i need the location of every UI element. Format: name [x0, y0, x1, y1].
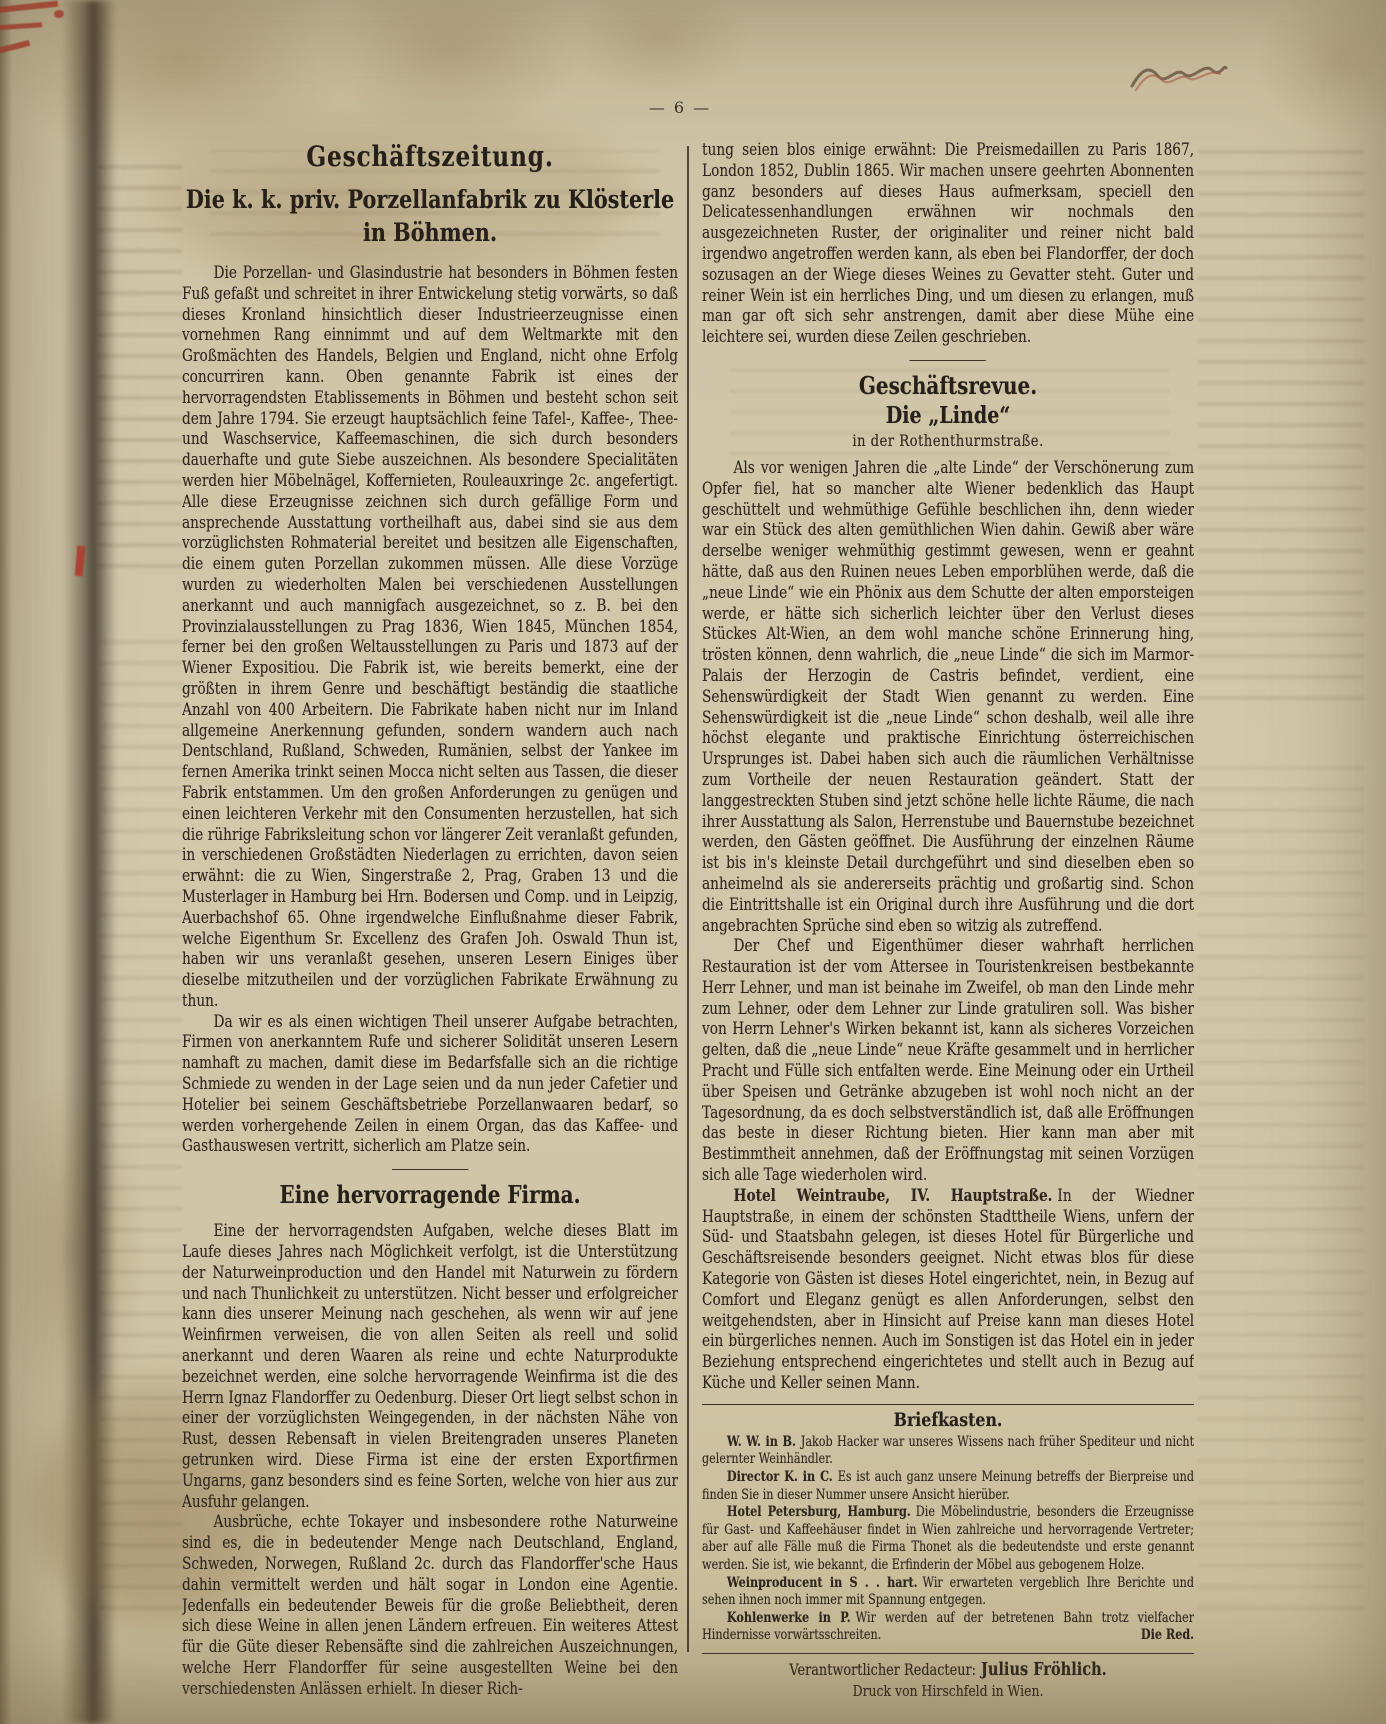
page-left-edge [0, 0, 12, 1724]
showthrough-ghost-text [1198, 760, 1364, 1620]
briefkasten-item-lead: Hotel Petersburg, Hamburg. [727, 1504, 911, 1520]
section-divider [910, 360, 986, 361]
briefkasten-divider [702, 1404, 1194, 1405]
article2-paragraph: Eine der hervorragendsten Aufgaben, welc… [182, 1221, 678, 1512]
briefkasten-item-lead: W. W. in B. [727, 1434, 796, 1450]
pencil-squiggle-mark [1128, 50, 1228, 96]
imprint-editor-label: Verantwortlicher Redacteur: [789, 1661, 976, 1679]
imprint-editor-name: Julius Fröhlich. [981, 1660, 1107, 1680]
briefkasten-item: W. W. in B.Jakob Hacker war unseres Wiss… [702, 1434, 1194, 1469]
footer-divider [702, 1653, 1194, 1654]
article1-title: Die k. k. priv. Porzellanfabrik zu Klöst… [182, 183, 678, 249]
binding-shadow [62, 0, 116, 1724]
briefkasten-item: Hotel Petersburg, Hamburg.Die Möbelindus… [702, 1504, 1194, 1574]
briefkasten-item-lead: Director K. in C. [727, 1469, 833, 1485]
newspaper-page: — 6 — Geschäftszeitung. Die k. k. priv. … [0, 0, 1386, 1724]
briefkasten-item-lead: Kohlenwerke in P. [727, 1610, 851, 1626]
hotel-note-text: In der Wiedner Hauptstraße, in einem der… [702, 1186, 1194, 1392]
hotel-note-lead: Hotel Weintraube, IV. Hauptstraße. [734, 1186, 1053, 1205]
section-divider [392, 1169, 468, 1170]
left-column: Geschäftszeitung. Die k. k. priv. Porzel… [182, 140, 678, 1720]
revue-subtitle: Die „Linde“ [702, 402, 1194, 429]
red-pencil-mark [54, 10, 64, 18]
imprint: Verantwortlicher Redacteur:Julius Fröhli… [702, 1660, 1194, 1700]
page-number: — 6 — [610, 98, 750, 117]
revue-location: in der Rothenthurmstraße. [702, 431, 1194, 450]
revue-paragraph: Als vor wenigen Jahren die „alte Linde“ … [702, 458, 1194, 936]
revue-title: Geschäftsrevue. [702, 371, 1194, 400]
imprint-printer-line: Druck von Hirschfeld in Wien. [702, 1682, 1194, 1700]
article2-title: Eine hervorragende Firma. [182, 1180, 678, 1209]
showthrough-ghost-text [1198, 150, 1364, 710]
hotel-note-paragraph: Hotel Weintraube, IV. Hauptstraße.In der… [702, 1186, 1194, 1394]
imprint-editor-line: Verantwortlicher Redacteur:Julius Fröhli… [702, 1660, 1194, 1680]
briefkasten-title: Briefkasten. [702, 1409, 1194, 1431]
article1-paragraph: Die Porzellan- und Glasindustrie hat bes… [182, 263, 678, 1012]
article2-paragraph: Ausbrüche, echte Tokayer und insbesonder… [182, 1512, 678, 1699]
column-rule [687, 146, 689, 1652]
section-kicker: Geschäftszeitung. [182, 140, 678, 173]
article1-paragraph: Da wir es als einen wichtigen Theil unse… [182, 1012, 678, 1158]
continuation-paragraph: tung seien blos einige erwähnt: Die Prei… [702, 140, 1194, 348]
right-column: tung seien blos einige erwähnt: Die Prei… [702, 140, 1194, 1720]
briefkasten-item: Director K. in C.Es ist auch ganz unsere… [702, 1469, 1194, 1504]
briefkasten-item-lead: Weinproducent in S . . hart. [727, 1575, 918, 1591]
briefkasten-item: Weinproducent in S . . hart.Wir erwartet… [702, 1575, 1194, 1610]
revue-paragraph: Der Chef und Eigenthümer dieser wahrhaft… [702, 936, 1194, 1186]
